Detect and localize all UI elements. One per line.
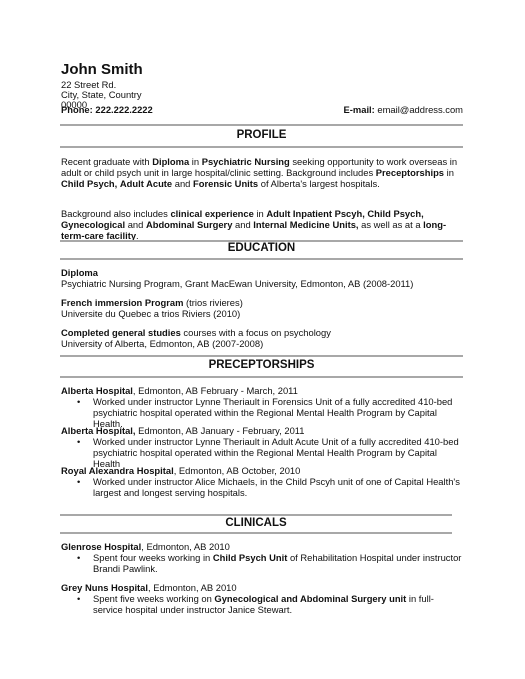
- phone-line: Phone: 222.222.2222: [61, 104, 153, 115]
- section-heading-profile: PROFILE: [60, 129, 463, 142]
- bullet-icon: •: [77, 396, 83, 407]
- section-heading-education: EDUCATION: [60, 242, 463, 255]
- divider: [60, 258, 463, 260]
- preceptorship-item-title: Alberta Hospital, Edmonton, AB January -…: [61, 425, 305, 436]
- section-heading-clinicals: CLINICALS: [60, 517, 452, 530]
- bullet-icon: •: [77, 436, 83, 447]
- divider: [60, 376, 463, 378]
- clinical-item-bullet: Spent five weeks working on Gynecologica…: [93, 593, 463, 615]
- clinical-item-title: Glenrose Hospital, Edmonton, AB 2010: [61, 541, 230, 552]
- phone-number: 222.222.2222: [95, 104, 152, 115]
- profile-paragraph-2: Background also includes clinical experi…: [61, 208, 461, 242]
- clinical-item-bullet: Spent four weeks working in Child Psych …: [93, 552, 463, 574]
- profile-paragraph-1: Recent graduate with Diploma in Psychiat…: [61, 156, 461, 190]
- divider: [60, 532, 452, 534]
- applicant-name: John Smith: [61, 62, 143, 78]
- phone-label: Phone:: [61, 104, 93, 115]
- divider: [60, 146, 463, 148]
- section-heading-preceptorships: PRECEPTORSHIPS: [60, 359, 463, 372]
- email-label: E-mail:: [344, 104, 375, 115]
- preceptorship-item-title: Royal Alexandra Hospital, Edmonton, AB O…: [61, 465, 300, 476]
- education-item-detail: University of Alberta, Edmonton, AB (200…: [61, 338, 263, 349]
- divider: [60, 355, 463, 357]
- bullet-icon: •: [77, 593, 83, 604]
- email-address[interactable]: email@address.com: [377, 104, 463, 115]
- education-item-title: French immersion Program (trios rivieres…: [61, 297, 243, 308]
- divider: [60, 514, 452, 516]
- education-item-detail: Psychiatric Nursing Program, Grant MacEw…: [61, 278, 413, 289]
- bullet-icon: •: [77, 552, 83, 563]
- education-item-detail: Universite du Quebec a trios Riviers (20…: [61, 308, 240, 319]
- preceptorship-item-bullet: Worked under instructor Alice Michaels, …: [93, 476, 463, 498]
- preceptorship-item-title: Alberta Hospital, Edmonton, AB February …: [61, 385, 298, 396]
- education-item-title: Completed general studies courses with a…: [61, 327, 331, 338]
- clinical-item-title: Grey Nuns Hospital, Edmonton, AB 2010: [61, 582, 237, 593]
- education-item-title: Diploma: [61, 267, 98, 278]
- divider: [60, 124, 463, 126]
- bullet-icon: •: [77, 476, 83, 487]
- email-line: E-mail: email@address.com: [344, 104, 463, 115]
